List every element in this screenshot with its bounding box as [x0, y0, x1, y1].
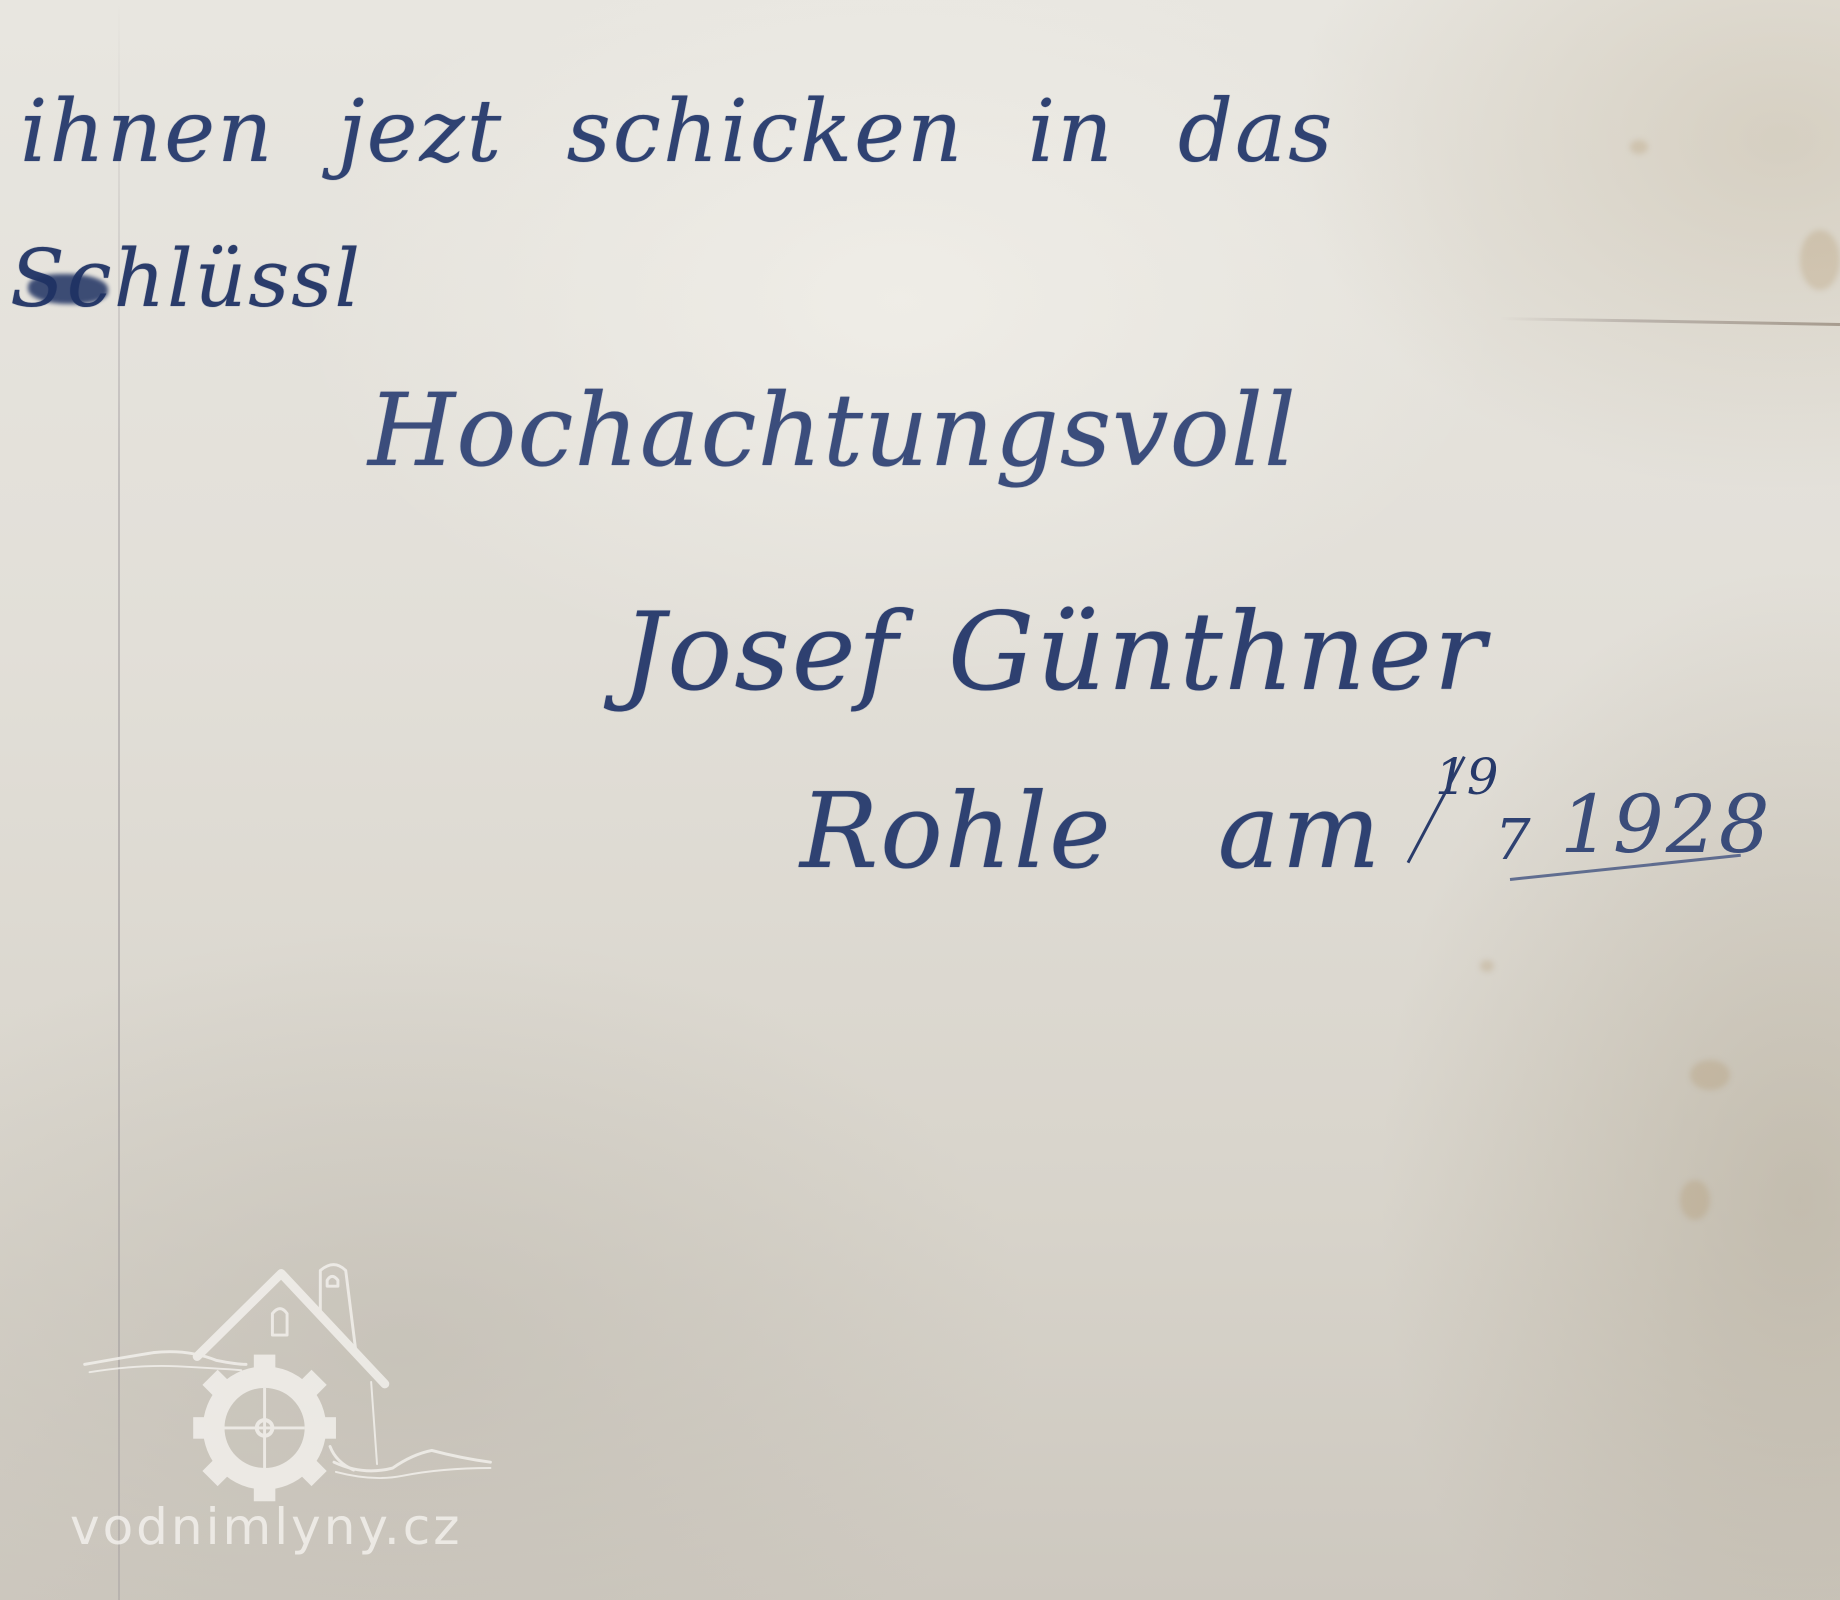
- paper-stain: [1680, 1180, 1710, 1220]
- date-month: 7: [1495, 808, 1531, 873]
- letter-body-line-2: Schlüssl: [10, 232, 362, 325]
- place-line: Rohle am: [800, 770, 1382, 892]
- paper-stain: [1630, 140, 1648, 154]
- paper-stain: [1800, 230, 1840, 290]
- date-day: 19: [1435, 748, 1499, 806]
- place-connector: am: [1218, 770, 1383, 892]
- signature: Josef Günthner: [622, 590, 1487, 715]
- place-name: Rohle: [800, 770, 1113, 892]
- paper-fold-horizontal: [1500, 317, 1840, 326]
- watermark-text: vodnimlyny.cz: [70, 1498, 462, 1556]
- ink-scribble-correction: [28, 274, 108, 304]
- letter-photo: ihnen jezt schicken in das Schlüssl Hoch…: [0, 0, 1840, 1600]
- date-year: 1928: [1560, 778, 1772, 871]
- paper-stain: [1690, 1060, 1730, 1090]
- paper-stain: [1480, 960, 1494, 972]
- letter-closing: Hochachtungsvoll: [368, 372, 1297, 489]
- letter-body-line-1: ihnen jezt schicken in das: [20, 82, 1334, 182]
